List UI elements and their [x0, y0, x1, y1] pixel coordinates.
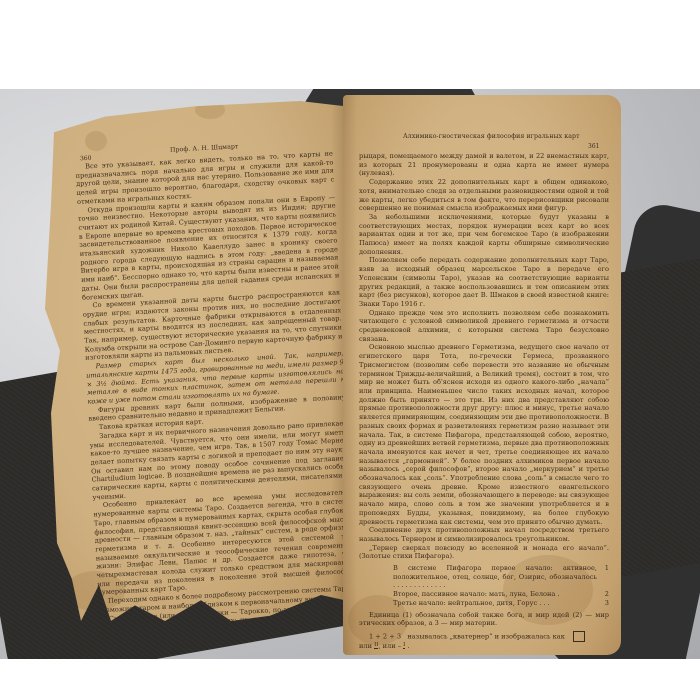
right-page: Алхимико-гностическая философия игральны… [343, 95, 621, 655]
running-header: Алхимико-гностическая философия игральны… [403, 133, 580, 140]
paragraph: Фигуры древних карт были полными, изобра… [88, 393, 345, 424]
paragraph: Позволяем себе передать содержание допол… [359, 256, 609, 308]
paragraph: Соединение двух противоположных начал по… [359, 526, 609, 543]
fraction-symbol: I [403, 642, 405, 649]
table-row: Второе, пассивное начало: мать, луна, Бе… [393, 590, 609, 599]
paragraph: Откуда произошли карты и каким образом п… [77, 193, 340, 302]
paragraph: рыцаря, помещаемого между дамой и валето… [359, 152, 609, 178]
left-page: Проф. А. Н. Шцмарт 360 Все это указывает… [45, 101, 345, 621]
running-header: Проф. А. Н. Шцмарт [170, 143, 239, 154]
stain [348, 595, 408, 645]
paragraph: Единица (1) обозначала собой также бога,… [359, 611, 609, 628]
paragraph: Особенно привлекает во все времена умы и… [93, 488, 345, 597]
stain [503, 555, 593, 625]
table-row: В системе Пифагора первое начало: активн… [393, 564, 609, 590]
paragraph: Однако прежде чем это исполнить позволяе… [359, 309, 609, 344]
page-number: 360 [80, 155, 92, 163]
paragraph: Загадка карт и их первичного назначения … [89, 419, 345, 502]
paragraph: Такова краткая история карт. [89, 410, 345, 432]
photograph: Проф. А. Н. Шцмарт 360 Все это указывает… [0, 89, 700, 659]
fraction-symbol: II [374, 642, 378, 649]
paragraph: „Тернер сверкал повсюду во вселенной и м… [359, 544, 609, 561]
formula: 1 + 2 + 3 [369, 632, 401, 640]
page-number: 361 [588, 143, 599, 150]
square-symbol [573, 631, 585, 642]
right-page-body: рыцаря, помещаемого между дамой и валето… [359, 152, 609, 651]
stain [85, 131, 107, 151]
paragraph: Все это указывает, как легко видеть, тол… [75, 149, 335, 206]
paragraph: Содержание этих 22 дополнительных карт в… [359, 178, 609, 213]
quaternary-paragraph: 1 + 2 + 3 называлась „кватернер“ и изобр… [359, 631, 609, 642]
table-row: Третье начало: нейтральное, дитя, Горус … [393, 599, 609, 608]
quaternary-alternatives: или II, или – I . [359, 642, 609, 651]
pythagoras-table: В системе Пифагора первое начало: активн… [393, 564, 609, 608]
paragraph: Размер старых карт был несколько иной. Т… [85, 349, 345, 406]
paragraph: Со времени указанной даты карты быстро р… [82, 289, 343, 363]
paragraph: За небольшими исключениями, которые буду… [359, 213, 609, 257]
left-page-body: Все это указывает, как легко видеть, тол… [75, 149, 345, 621]
stain [195, 101, 225, 119]
paragraph: Основною мыслью древнего Герметизма, вед… [359, 343, 609, 526]
